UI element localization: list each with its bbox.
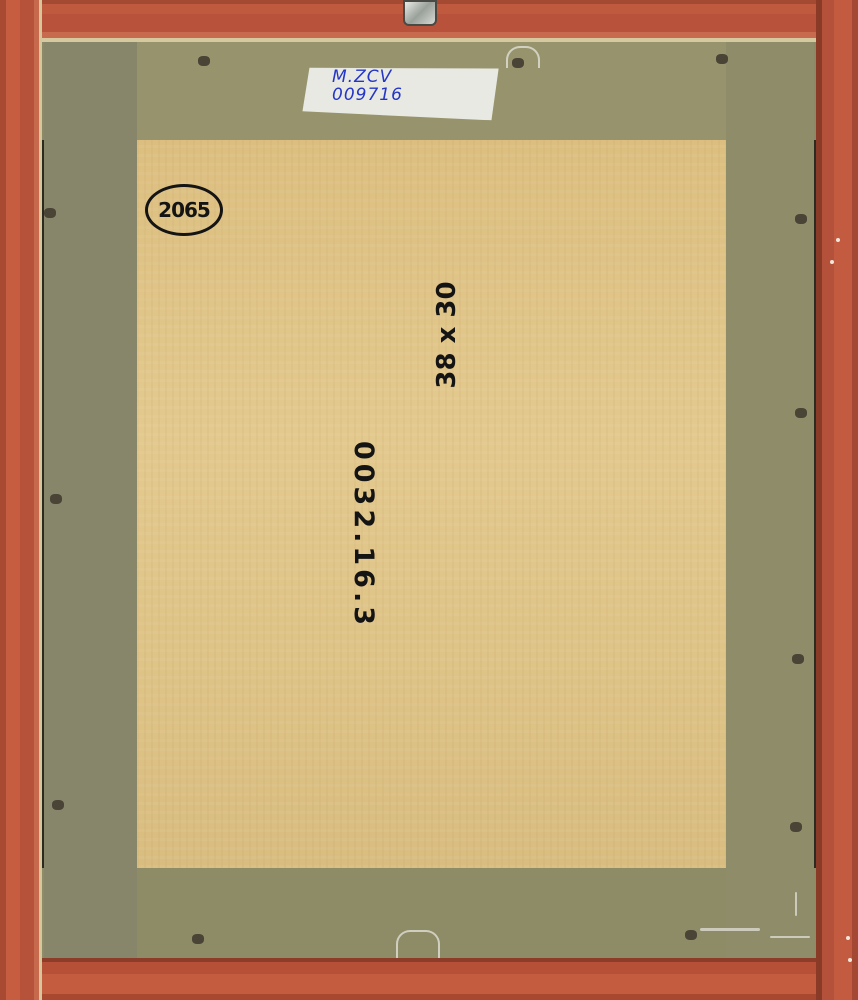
- dimensions-text: 38 x 30: [430, 270, 464, 400]
- plastic-tear: [396, 930, 440, 958]
- nail-icon: [198, 56, 210, 66]
- paint-chip: [836, 238, 840, 242]
- nail-icon: [790, 822, 802, 832]
- plastic-reflection: [795, 892, 797, 916]
- frame-left-rail: [0, 0, 42, 1000]
- frame-right-rail: [816, 0, 858, 1000]
- tape-strip-right: [726, 42, 814, 958]
- plastic-tear: [506, 46, 540, 68]
- nail-icon: [52, 800, 64, 810]
- nail-icon: [792, 654, 804, 664]
- accession-number: 0032.16.3: [346, 410, 380, 660]
- inventory-label-line2: 009716: [332, 86, 403, 104]
- paint-chip: [848, 958, 852, 962]
- nail-icon: [192, 934, 204, 944]
- nail-icon: [795, 214, 807, 224]
- nail-icon: [44, 208, 56, 218]
- inventory-label: M.ZCV 009716: [332, 68, 403, 104]
- nail-icon: [716, 54, 728, 64]
- inventory-label-line1: M.ZCV: [332, 68, 403, 86]
- nail-icon: [50, 494, 62, 504]
- plywood-panel: [137, 140, 726, 868]
- hanger-hook-icon: [403, 0, 437, 26]
- nail-icon: [685, 930, 697, 940]
- frame-bottom-rail: [0, 958, 858, 1000]
- paint-chip: [846, 936, 850, 940]
- circled-number: 2065: [145, 184, 223, 236]
- nail-icon: [795, 408, 807, 418]
- plastic-reflection: [700, 928, 760, 931]
- plastic-reflection: [770, 936, 810, 938]
- paint-chip: [830, 260, 834, 264]
